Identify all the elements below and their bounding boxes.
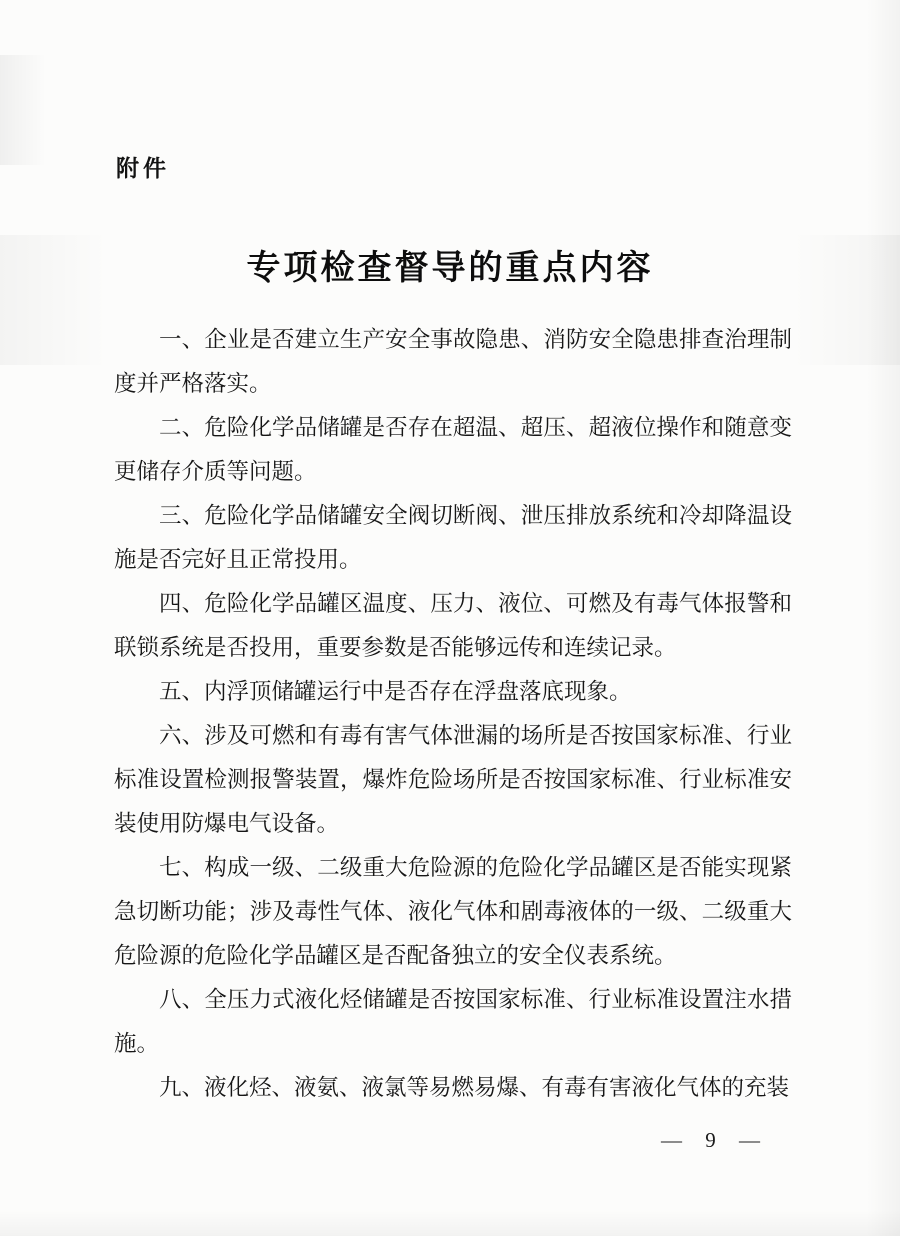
document-page: 附件 专项检查督导的重点内容 一、企业是否建立生产安全事故隐患、消防安全隐患排查… — [0, 0, 900, 1236]
paragraph-2: 二、危险化学品储罐是否存在超温、超压、超液位操作和随意变更储存介质等问题。 — [114, 406, 792, 494]
paragraph-3: 三、危险化学品储罐安全阀切断阀、泄压排放系统和冷却降温设施是否完好且正常投用。 — [114, 494, 792, 582]
page-number: — 9 — — [661, 1128, 762, 1153]
document-body: 一、企业是否建立生产安全事故隐患、消防安全隐患排查治理制度并严格落实。 二、危险… — [114, 318, 792, 1110]
paragraph-7: 七、构成一级、二级重大危险源的危险化学品罐区是否能实现紧急切断功能；涉及毒性气体… — [114, 846, 792, 978]
document-title: 专项检查督导的重点内容 — [0, 240, 900, 289]
paragraph-6: 六、涉及可燃和有毒有害气体泄漏的场所是否按国家标准、行业标准设置检测报警装置，爆… — [114, 714, 792, 846]
attachment-label: 附件 — [116, 150, 170, 183]
scan-artifact — [0, 55, 46, 165]
paragraph-4: 四、危险化学品罐区温度、压力、液位、可燃及有毒气体报警和联锁系统是否投用，重要参… — [114, 582, 792, 670]
paragraph-9: 九、液化烃、液氨、液氯等易燃易爆、有毒有害液化气体的充装 — [114, 1066, 792, 1110]
paragraph-1: 一、企业是否建立生产安全事故隐患、消防安全隐患排查治理制度并严格落实。 — [114, 318, 792, 406]
scan-artifact — [0, 1210, 900, 1236]
paragraph-8: 八、全压力式液化烃储罐是否按国家标准、行业标准设置注水措施。 — [114, 978, 792, 1066]
paragraph-5: 五、内浮顶储罐运行中是否存在浮盘落底现象。 — [114, 670, 792, 714]
scan-artifact — [866, 0, 900, 1236]
